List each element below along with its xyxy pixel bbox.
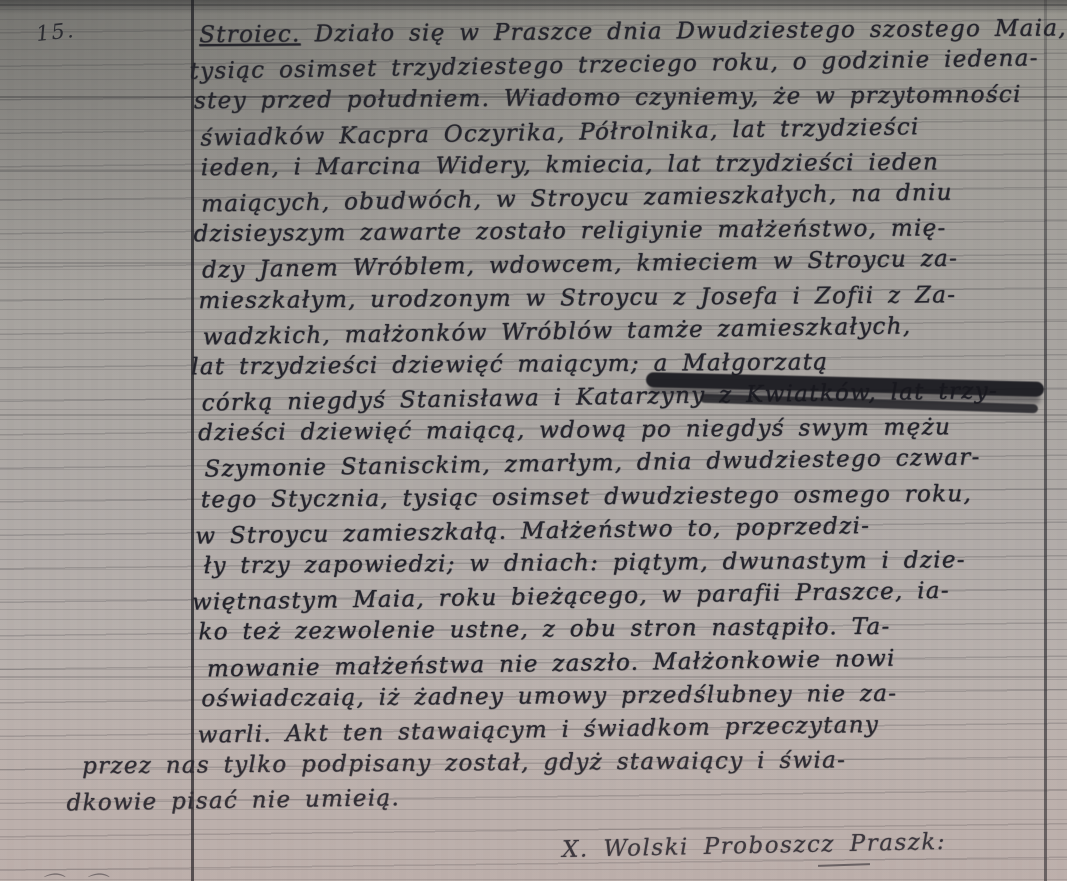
left-margin-rule	[191, 0, 194, 881]
manuscript-text-block: Stroiec.Działo się w Praszce dnia Dwudzi…	[199, 14, 1055, 821]
entry-heading: Stroiec.	[199, 21, 301, 48]
manuscript-line-text: Działo się w Praszce dnia Dwudziestego s…	[314, 15, 1066, 47]
priest-signature: X. Wolski Proboszcz Praszk:	[562, 829, 947, 863]
signature-flourish	[818, 863, 870, 867]
entry-number: 15.	[35, 18, 77, 46]
next-entry-cutoff: ⌒﹏⌒	[40, 868, 260, 881]
rule-line	[0, 4, 1067, 6]
scanned-register-page: 15. Stroiec.Działo się w Praszce dnia Dw…	[0, 0, 1067, 881]
